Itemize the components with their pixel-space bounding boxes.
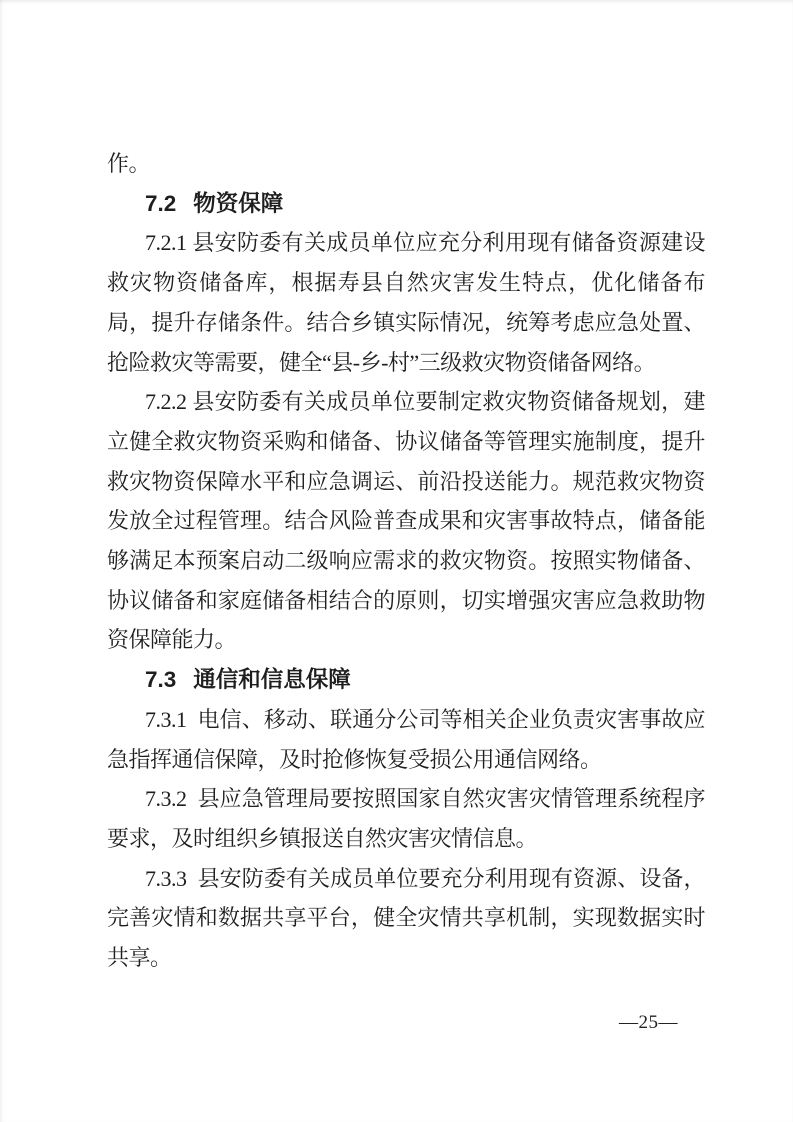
document-page: 作。 7.2物资保障 7.2.1 县安防委有关成员单位应充分利用现有储备资源建设… (0, 0, 793, 1122)
paragraph-7-3-3: 7.3.3 县安防委有关成员单位要充分利用现有资源、设备，完善灾情和数据共享平台… (107, 859, 705, 978)
page-number: —25— (619, 1012, 678, 1034)
section-title-7-2: 物资保障 (193, 191, 283, 216)
section-heading-7-3: 7.3通信和信息保障 (107, 660, 705, 700)
section-title-7-3: 通信和信息保障 (193, 667, 351, 692)
section-number-7-2: 7.2 (145, 191, 176, 216)
paragraph-7-3-2: 7.3.2 县应急管理局要按照国家自然灾害灾情管理系统程序要求，及时组织乡镇报送… (107, 779, 705, 858)
paragraph-continuation: 作。 (107, 144, 705, 184)
paragraph-7-3-1: 7.3.1 电信、移动、联通分公司等相关企业负责灾害事故应急指挥通信保障，及时抢… (107, 700, 705, 779)
section-number-7-3: 7.3 (145, 667, 176, 692)
document-text-block: 作。 7.2物资保障 7.2.1 县安防委有关成员单位应充分利用现有储备资源建设… (107, 144, 705, 978)
section-heading-7-2: 7.2物资保障 (107, 184, 705, 224)
paragraph-7-2-1: 7.2.1 县安防委有关成员单位应充分利用现有储备资源建设救灾物资储备库，根据寿… (107, 223, 705, 382)
paragraph-7-2-2: 7.2.2 县安防委有关成员单位要制定救灾物资储备规划，建立健全救灾物资采购和储… (107, 382, 705, 660)
